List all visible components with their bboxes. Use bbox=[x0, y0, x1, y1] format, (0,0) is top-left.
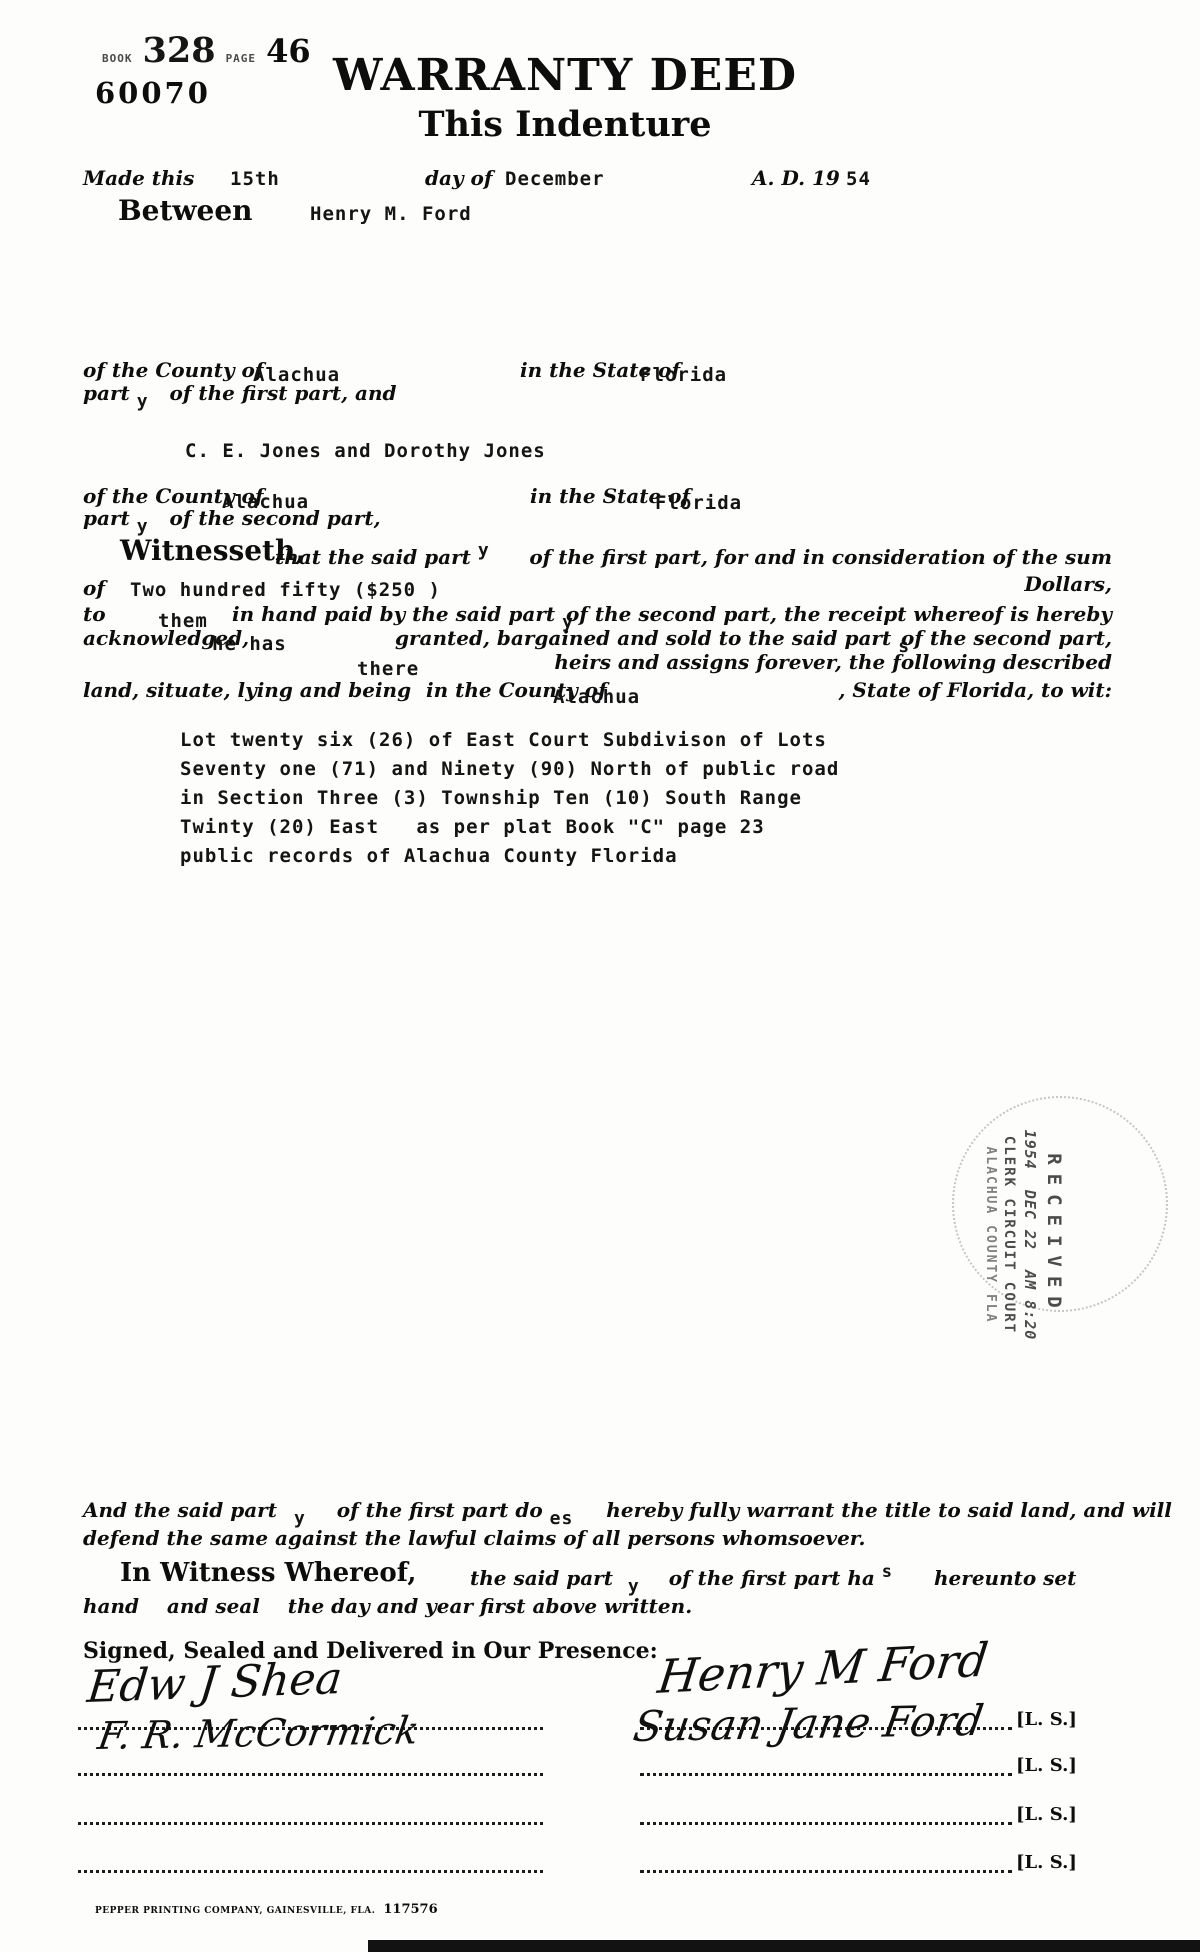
document-subtitle: This Indenture bbox=[325, 104, 805, 145]
legal-description-line: Seventy one (71) and Ninety (90) North o… bbox=[180, 755, 839, 784]
grantor-signature-line bbox=[640, 1773, 1012, 1776]
seal-label: [L. S.] bbox=[1016, 1804, 1077, 1825]
there-value: there bbox=[357, 658, 419, 680]
first-party-county-label: of the County of bbox=[83, 358, 263, 382]
witness-whereof-label: In Witness Whereof, bbox=[120, 1558, 416, 1588]
legal-description-line: in Section Three (3) Township Ten (10) S… bbox=[180, 784, 839, 813]
to-word: to bbox=[83, 602, 106, 626]
paid-phrase: in hand paid by the said part y bbox=[232, 602, 574, 626]
second-party-part-line: part y of the second part, bbox=[83, 506, 381, 530]
grantor-signature-line bbox=[640, 1870, 1012, 1873]
between-label: Between bbox=[118, 194, 253, 227]
received-stamp: RECEIVED 1954 DEC 22 AM 8:20 CLERK CIRCU… bbox=[935, 1085, 1065, 1385]
stamp-date-text: 1954 DEC 22 AM 8:20 bbox=[1021, 1085, 1039, 1385]
witness-signature-line bbox=[78, 1822, 543, 1825]
seal-label: [L. S.] bbox=[1016, 1755, 1077, 1776]
page-number: 46 bbox=[266, 32, 311, 70]
warranty-clause-line2: defend the same against the lawful claim… bbox=[83, 1526, 865, 1550]
of-word: of bbox=[83, 576, 105, 600]
legal-description-line: Twinty (20) East as per plat Book "C" pa… bbox=[180, 813, 839, 842]
legal-description-line: Lot twenty six (26) of East Court Subdiv… bbox=[180, 726, 839, 755]
grantor-signature: Susan Jane Ford bbox=[630, 1696, 987, 1751]
witness-signature-line bbox=[78, 1870, 543, 1873]
witnesseth-said-part: that the said part y bbox=[275, 545, 490, 569]
month-value: December bbox=[505, 168, 605, 190]
stamp-received-text: RECEIVED bbox=[1043, 1085, 1065, 1385]
heirs-phrase: heirs and assigns forever, the following… bbox=[554, 650, 1112, 674]
receipt-phrase: of the second part, the receipt whereof … bbox=[566, 602, 1112, 626]
warranty-clause-start: And the said part y of the first part do… bbox=[83, 1498, 1172, 1522]
witness-signature: F. R. McCormick bbox=[95, 1708, 422, 1758]
dollars-label: Dollars, bbox=[1024, 572, 1112, 596]
first-party-part-line: part y of the first part, and bbox=[83, 381, 397, 405]
second-part-phrase: of the second part, bbox=[901, 626, 1112, 650]
printer-job-number: 117576 bbox=[383, 1902, 437, 1917]
book-page-stamp: BOOK 328 PAGE 46 bbox=[102, 30, 311, 71]
witness-signature: Edw J Shea bbox=[85, 1653, 345, 1713]
printer-footer: PEPPER PRINTING COMPANY, GAINESVILLE, FL… bbox=[95, 1902, 438, 1917]
year-value: 54 bbox=[846, 168, 871, 190]
witness-signature-line bbox=[78, 1773, 543, 1776]
seal-label: [L. S.] bbox=[1016, 1852, 1077, 1873]
seal-label: [L. S.] bbox=[1016, 1709, 1077, 1730]
day-of-label: day of bbox=[425, 166, 492, 190]
scan-artifact-bar bbox=[368, 1940, 1200, 1952]
witnesseth-consideration: of the first part, for and in considerat… bbox=[529, 545, 1112, 569]
made-this-label: Made this bbox=[83, 166, 194, 190]
stamp-clerk-text: CLERK CIRCUIT COURT bbox=[1001, 1085, 1017, 1385]
grantor-signature: Henry M Ford bbox=[655, 1632, 991, 1704]
book-number: 328 bbox=[143, 30, 216, 71]
instrument-number: 60070 bbox=[95, 76, 211, 110]
grantor-name: Henry M. Ford bbox=[310, 203, 472, 225]
grantor-signature-line bbox=[640, 1822, 1012, 1825]
second-party-state: Florida bbox=[655, 492, 742, 514]
state-end-phrase: , State of Florida, to wit: bbox=[838, 678, 1112, 702]
page-label: PAGE bbox=[226, 52, 257, 65]
day-value: 15th bbox=[230, 168, 280, 190]
grantee-names: C. E. Jones and Dorothy Jones bbox=[185, 440, 546, 462]
granted-phrase: granted, bargained and sold to the said … bbox=[395, 626, 910, 650]
hand-and-seal-line: hand and seal the day and year first abo… bbox=[83, 1594, 692, 1618]
warranty-deed-document: BOOK 328 PAGE 46 60070 WARRANTY DEED Thi… bbox=[0, 0, 1200, 1952]
witness-whereof-line1: the said part y of the first part ha s h… bbox=[470, 1566, 1076, 1590]
legal-description-line: public records of Alachua County Florida bbox=[180, 842, 839, 871]
book-label: BOOK bbox=[102, 52, 133, 65]
first-party-state: Florida bbox=[640, 364, 727, 386]
consideration-amount: Two hundred fifty ($250 ) bbox=[130, 579, 441, 601]
ad-19-label: A. D. 19 bbox=[752, 166, 840, 190]
land-phrase: land, situate, lying and being in the Co… bbox=[83, 678, 607, 702]
stamp-county-text: ALACHUA COUNTY FLA bbox=[983, 1085, 998, 1385]
he-has-value: he has bbox=[212, 633, 287, 655]
witness-whereof-s: s bbox=[882, 1562, 893, 1582]
first-party-part-letter: y bbox=[137, 391, 149, 412]
legal-description: Lot twenty six (26) of East Court Subdiv… bbox=[180, 726, 839, 871]
witnesseth-county: Alachua bbox=[553, 686, 640, 708]
witnesseth-y1: y bbox=[478, 540, 490, 561]
printer-name: PEPPER PRINTING COMPANY, GAINESVILLE, FL… bbox=[95, 1906, 375, 1916]
document-title: WARRANTY DEED bbox=[325, 50, 805, 101]
